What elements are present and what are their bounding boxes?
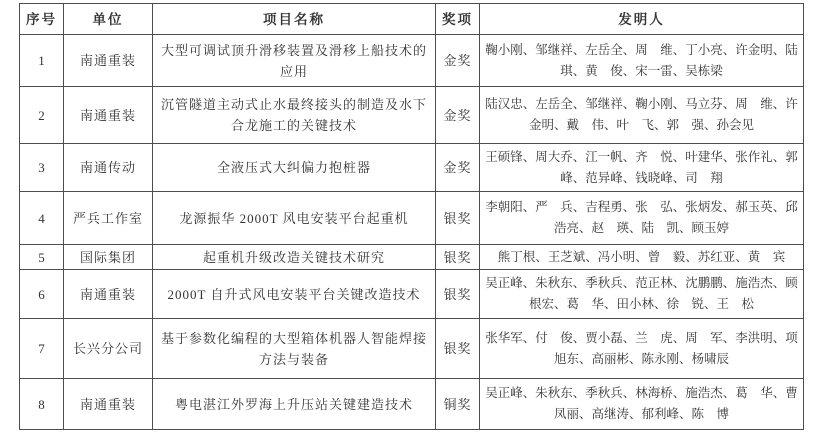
cell-unit: 南通重装 [64, 270, 153, 319]
cell-project: 粤电湛江外罗海上升压站关键建造技术 [153, 379, 436, 430]
col-header-inventors: 发明人 [480, 4, 804, 35]
col-header-unit: 单位 [64, 4, 153, 35]
cell-award: 金奖 [436, 35, 480, 87]
cell-no: 4 [20, 192, 64, 245]
cell-inventors: 吴正峰、朱秋东、季秋兵、范正林、沈鹏鹏、施浩杰、顾根宏、葛 华、田小林、徐 锐、… [480, 270, 804, 319]
cell-no: 2 [20, 87, 64, 144]
cell-no: 3 [20, 144, 64, 192]
document-page: 序号 单位 项目名称 奖项 发明人 1南通重装大型可调试顶升滑移装置及滑移上船技… [0, 0, 818, 441]
cell-unit: 国际集团 [64, 245, 153, 270]
col-header-award: 奖项 [436, 4, 480, 35]
cell-inventors: 张华军、付 俊、贾小磊、兰 虎、周 军、李洪明、项旭东、高丽彬、陈永刚、杨啸辰 [480, 319, 804, 379]
cell-project: 大型可调试顶升滑移装置及滑移上船技术的应用 [153, 35, 436, 87]
cell-project: 龙源振华 2000T 风电安装平台起重机 [153, 192, 436, 245]
cell-inventors: 陆汉忠、左岳全、邹继祥、鞠小刚、马立芬、周 维、许金明、戴 伟、叶 飞、郭 强、… [480, 87, 804, 144]
cell-project: 2000T 自升式风电安装平台关键改造技术 [153, 270, 436, 319]
cell-inventors: 王硕锋、周大乔、江一帆、齐 悦、叶建华、张作礼、郭 峰、范异峰、钱晓峰、司 翔 [480, 144, 804, 192]
table-row: 1南通重装大型可调试顶升滑移装置及滑移上船技术的应用金奖鞠小刚、邹继祥、左岳全、… [20, 35, 804, 87]
header-row: 序号 单位 项目名称 奖项 发明人 [20, 4, 804, 35]
table-row: 3南通传动全液压式大纠偏力抱桩器金奖王硕锋、周大乔、江一帆、齐 悦、叶建华、张作… [20, 144, 804, 192]
cell-inventors: 李朝阳、严 兵、吉程勇、张 弘、张炳发、郝玉英、邱浩亮、赵 瑛、陆 凯、顾玉婷 [480, 192, 804, 245]
cell-unit: 南通重装 [64, 379, 153, 430]
cell-unit: 严兵工作室 [64, 192, 153, 245]
table-row: 5国际集团起重机升级改造关键技术研究银奖熊丁根、王芝斌、冯小明、曾 毅、苏红亚、… [20, 245, 804, 270]
cell-project: 起重机升级改造关键技术研究 [153, 245, 436, 270]
cell-no: 8 [20, 379, 64, 430]
col-header-no: 序号 [20, 4, 64, 35]
cell-unit: 南通传动 [64, 144, 153, 192]
cell-award: 银奖 [436, 192, 480, 245]
table-row: 2南通重装沉管隧道主动式止水最终接头的制造及水下合龙施工的关键技术金奖陆汉忠、左… [20, 87, 804, 144]
cell-award: 银奖 [436, 245, 480, 270]
cell-project: 基于参数化编程的大型箱体机器人智能焊接方法与装备 [153, 319, 436, 379]
cell-unit: 长兴分公司 [64, 319, 153, 379]
cell-project: 沉管隧道主动式止水最终接头的制造及水下合龙施工的关键技术 [153, 87, 436, 144]
cell-inventors: 鞠小刚、邹继祥、左岳全、周 维、丁小亮、许金明、陆 琪、黄 俊、宋一雷、吴栋梁 [480, 35, 804, 87]
cell-award: 金奖 [436, 144, 480, 192]
cell-no: 6 [20, 270, 64, 319]
table-row: 7长兴分公司基于参数化编程的大型箱体机器人智能焊接方法与装备银奖张华军、付 俊、… [20, 319, 804, 379]
col-header-project: 项目名称 [153, 4, 436, 35]
cell-award: 金奖 [436, 87, 480, 144]
table-row: 6南通重装2000T 自升式风电安装平台关键改造技术银奖吴正峰、朱秋东、季秋兵、… [20, 270, 804, 319]
table-row: 8南通重装粤电湛江外罗海上升压站关键建造技术铜奖吴正峰、朱秋东、季秋兵、林海桥、… [20, 379, 804, 430]
table-body: 1南通重装大型可调试顶升滑移装置及滑移上船技术的应用金奖鞠小刚、邹继祥、左岳全、… [20, 35, 804, 430]
cell-no: 1 [20, 35, 64, 87]
cell-no: 5 [20, 245, 64, 270]
cell-award: 银奖 [436, 319, 480, 379]
cell-award: 铜奖 [436, 379, 480, 430]
cell-inventors: 熊丁根、王芝斌、冯小明、曾 毅、苏红亚、黄 宾 [480, 245, 804, 270]
cell-unit: 南通重装 [64, 87, 153, 144]
award-table: 序号 单位 项目名称 奖项 发明人 1南通重装大型可调试顶升滑移装置及滑移上船技… [19, 3, 804, 430]
cell-no: 7 [20, 319, 64, 379]
cell-project: 全液压式大纠偏力抱桩器 [153, 144, 436, 192]
cell-inventors: 吴正峰、朱秋东、季秋兵、林海桥、施浩杰、葛 华、曹凤丽、高继涛、郁利峰、陈 博 [480, 379, 804, 430]
table-row: 4严兵工作室龙源振华 2000T 风电安装平台起重机银奖李朝阳、严 兵、吉程勇、… [20, 192, 804, 245]
cell-award: 银奖 [436, 270, 480, 319]
cell-unit: 南通重装 [64, 35, 153, 87]
